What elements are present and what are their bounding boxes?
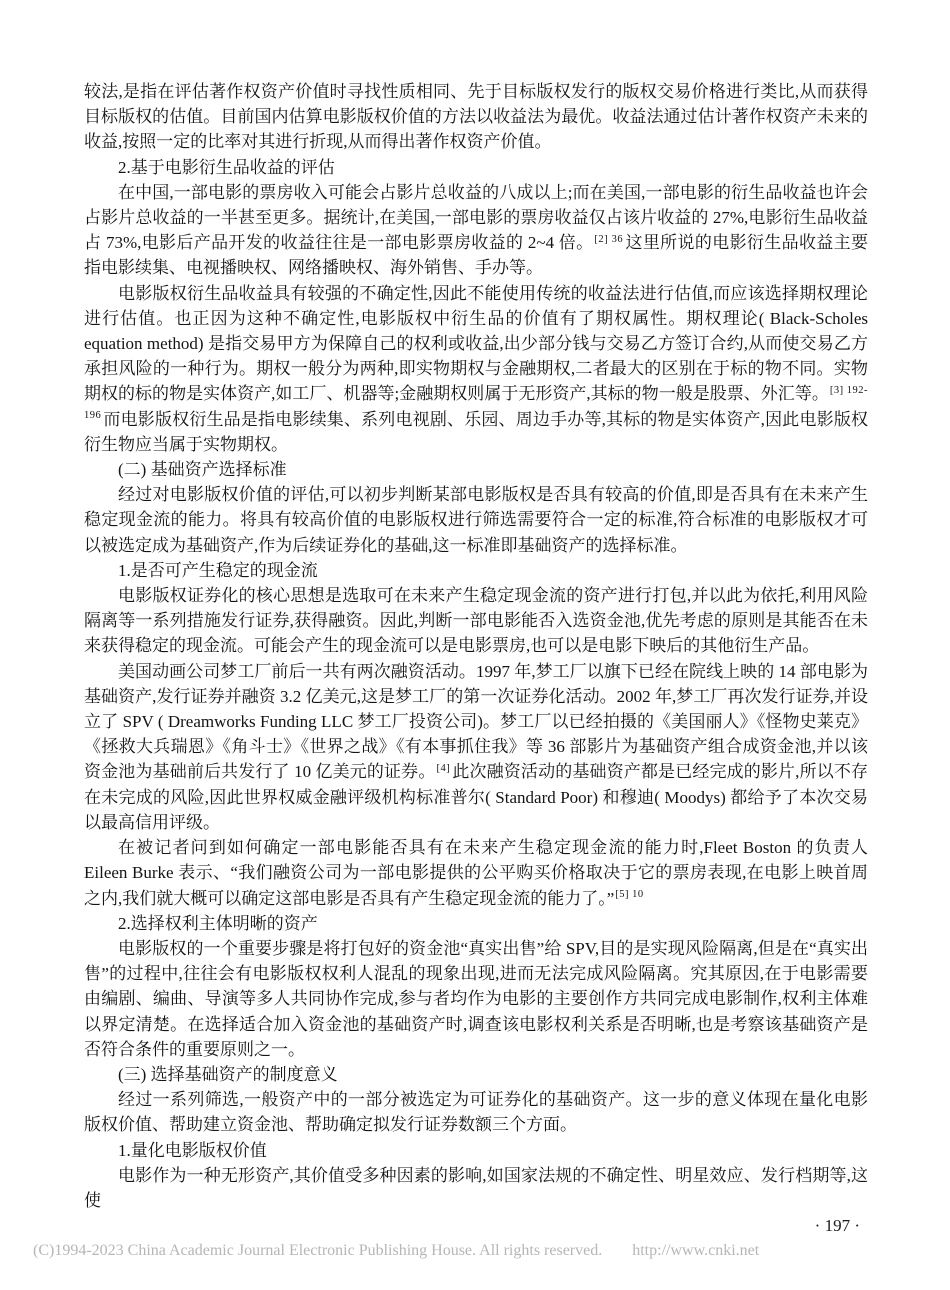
paragraph: 经过对电影版权价值的评估,可以初步判断某部电影版权是否具有较高的价值,即是否具有… bbox=[84, 482, 868, 558]
section-heading: 2.基于电影衍生品收益的评估 bbox=[84, 155, 868, 180]
citation-superscript: [2] 36 bbox=[594, 234, 623, 245]
paragraph: 美国动画公司梦工厂前后一共有两次融资活动。1997 年,梦工厂以旗下已经在院线上… bbox=[84, 659, 868, 835]
citation-superscript: [5] 10 bbox=[615, 889, 643, 900]
paragraph: 电影版权衍生品收益具有较强的不确定性,因此不能使用传统的收益法进行估值,而应该选… bbox=[84, 281, 868, 457]
paragraph-text: 电影版权证券化的核心思想是选取可在未来产生稳定现金流的资产进行打包,并以此为依托… bbox=[84, 586, 868, 655]
paragraph: 电影版权证券化的核心思想是选取可在未来产生稳定现金流的资产进行打包,并以此为依托… bbox=[84, 583, 868, 659]
heading-text: 1.是否可产生稳定的现金流 bbox=[118, 561, 318, 580]
paragraph: 电影版权的一个重要步骤是将打包好的资金池“真实出售”给 SPV,目的是实现风险隔… bbox=[84, 936, 868, 1062]
copyright-text: (C)1994-2023 China Academic Journal Elec… bbox=[33, 1242, 602, 1259]
paragraph-text: 较法,是指在评估著作权资产价值时寻找性质相同、先于目标版权发行的版权交易价格进行… bbox=[84, 82, 868, 151]
paragraph: 在中国,一部电影的票房收入可能会占影片总收益的八成以上;而在美国,一部电影的衍生… bbox=[84, 180, 868, 281]
section-heading: 2.选择权利主体明晰的资产 bbox=[84, 911, 868, 936]
heading-text: 2.基于电影衍生品收益的评估 bbox=[118, 158, 335, 177]
heading-text: (三) 选择基础资产的制度意义 bbox=[118, 1065, 338, 1084]
heading-text: (二) 基础资产选择标准 bbox=[118, 460, 287, 479]
heading-text: 1.量化电影版权价值 bbox=[118, 1141, 267, 1160]
paragraph: 电影作为一种无形资产,其价值受多种因素的影响,如国家法规的不确定性、明星效应、发… bbox=[84, 1163, 868, 1213]
paragraph-text: 电影版权的一个重要步骤是将打包好的资金池“真实出售”给 SPV,目的是实现风险隔… bbox=[84, 939, 868, 1059]
paragraph-text: 电影版权衍生品收益具有较强的不确定性,因此不能使用传统的收益法进行估值,而应该选… bbox=[84, 284, 868, 404]
footer-url: http://www.cnki.net bbox=[632, 1242, 759, 1259]
paragraph: 经过一系列筛选,一般资产中的一部分被选定为可证券化的基础资产。这一步的意义体现在… bbox=[84, 1087, 868, 1137]
section-heading: (二) 基础资产选择标准 bbox=[84, 457, 868, 482]
paragraph-text: 在被记者问到如何确定一部电影能否具有在未来产生稳定现金流的能力时,Fleet B… bbox=[84, 838, 868, 907]
paragraph: 在被记者问到如何确定一部电影能否具有在未来产生稳定现金流的能力时,Fleet B… bbox=[84, 835, 868, 911]
citation-superscript: [4] bbox=[436, 763, 450, 774]
section-heading: 1.量化电影版权价值 bbox=[84, 1138, 868, 1163]
section-heading: (三) 选择基础资产的制度意义 bbox=[84, 1062, 868, 1087]
page-number: · 197 · bbox=[815, 1216, 860, 1236]
paragraph-text: 而电影版权衍生品是指电影续集、系列电视剧、乐园、周边手办等,其标的物是实体资产,… bbox=[84, 410, 868, 454]
paragraph-text: 电影作为一种无形资产,其价值受多种因素的影响,如国家法规的不确定性、明星效应、发… bbox=[84, 1166, 868, 1210]
paragraph-text: 经过一系列筛选,一般资产中的一部分被选定为可证券化的基础资产。这一步的意义体现在… bbox=[84, 1090, 868, 1134]
section-heading: 1.是否可产生稳定的现金流 bbox=[84, 558, 868, 583]
document-body: 较法,是指在评估著作权资产价值时寻找性质相同、先于目标版权发行的版权交易价格进行… bbox=[84, 79, 868, 1213]
heading-text: 2.选择权利主体明晰的资产 bbox=[118, 914, 318, 933]
paragraph-continuation: 较法,是指在评估著作权资产价值时寻找性质相同、先于目标版权发行的版权交易价格进行… bbox=[84, 79, 868, 155]
paragraph-text: 经过对电影版权价值的评估,可以初步判断某部电影版权是否具有较高的价值,即是否具有… bbox=[84, 485, 868, 554]
copyright-footer: (C)1994-2023 China Academic Journal Elec… bbox=[33, 1242, 933, 1260]
